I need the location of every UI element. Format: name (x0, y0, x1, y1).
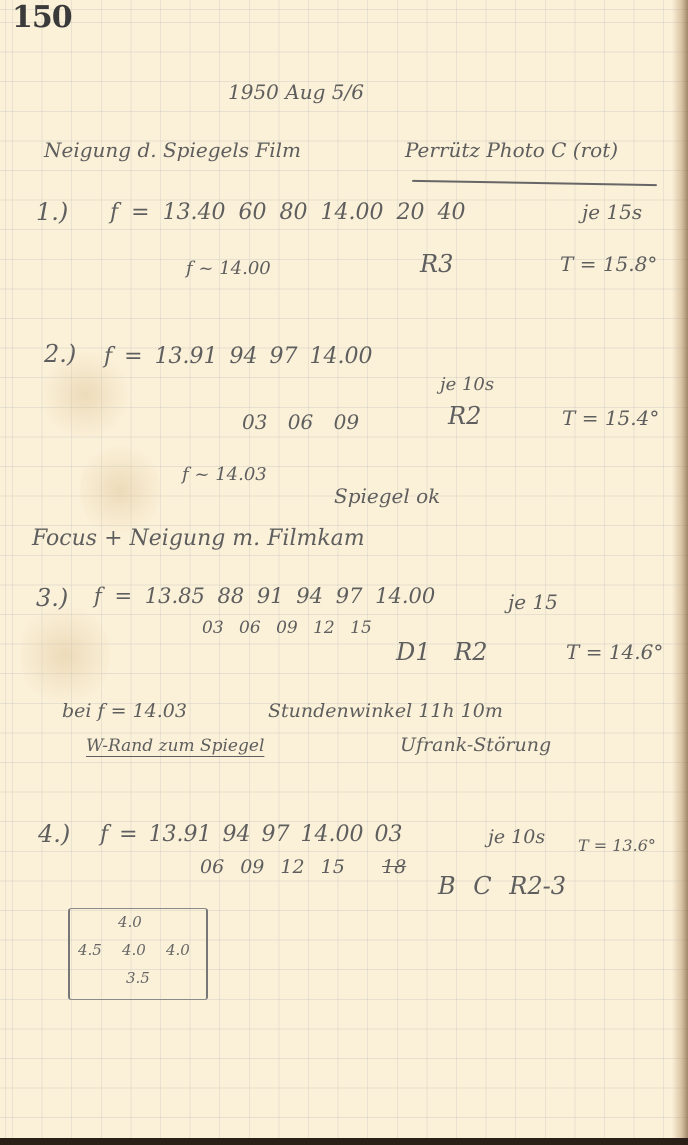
measurement-box: 4.0 4.5 4.0 4.0 3.5 (68, 908, 208, 1000)
entry-4-seeing: B C R2-3 (438, 872, 566, 900)
entry-3-seeing: D1 R2 (396, 638, 487, 666)
entry-1-focus-values: f = 13.40 60 80 14.00 20 40 (110, 200, 465, 225)
entry-2-result: f ~ 14.03 (182, 464, 267, 485)
title-prefix: Neigung d. Spiegels Film (44, 138, 301, 162)
entry-4-temperature: T = 13.6° (578, 836, 656, 855)
entry-4-focus-values-2: 06 09 12 15 (200, 856, 345, 878)
entry-3-focus-values-2: 03 06 09 12 15 (202, 618, 372, 638)
entry-4-label: 4.) (38, 820, 70, 848)
stain (80, 440, 160, 540)
box-top: 4.0 (118, 913, 142, 931)
entry-3-label: 3.) (36, 584, 68, 612)
entry-2-note: Spiegel ok (334, 484, 440, 508)
entry-1-temperature: T = 15.8° (560, 252, 657, 276)
box-right: 4.0 (166, 941, 190, 959)
entry-3-exposure: je 15 (508, 590, 558, 614)
page-bottom-shadow (0, 1138, 688, 1145)
entry-4-struck-value: 18 (382, 856, 406, 878)
page-edge (672, 0, 688, 1138)
date: 1950 Aug 5/6 (228, 80, 364, 104)
stain (20, 600, 110, 710)
film-name: Perrütz Photo C (rot) (405, 138, 618, 162)
entry-2-focus-values-2: 03 06 09 (242, 410, 359, 434)
entry-2-focus-values: f = 13.91 94 97 14.00 (104, 344, 373, 369)
entry-4-exposure: je 10s (488, 826, 545, 848)
entry-3-note-text: Stundenwinkel 11h 10m (268, 700, 503, 722)
entry-4-focus-values: f = 13.91 94 97 14.00 03 (100, 822, 402, 847)
entry-2-temperature: T = 15.4° (562, 406, 659, 430)
entry-1-exposure: je 15s (582, 200, 642, 224)
notebook-page: 150 1950 Aug 5/6 Neigung d. Spiegels Fil… (0, 0, 688, 1138)
entry-2-label: 2.) (44, 340, 76, 368)
entry-2-exposure: je 10s (440, 374, 494, 395)
entry-2-seeing: R2 (448, 402, 481, 430)
page-number: 150 (12, 0, 72, 35)
entry-1-seeing: R3 (420, 250, 453, 278)
section-heading: Focus + Neigung m. Filmkam (32, 526, 365, 551)
entry-3-note-prefix: bei f = 14.03 (62, 700, 187, 722)
box-bottom: 3.5 (126, 969, 150, 987)
entry-1-result: f ~ 14.00 (186, 258, 271, 279)
box-left: 4.5 (78, 941, 102, 959)
box-center: 4.0 (122, 941, 146, 959)
entry-3-note-underlined: W-Rand zum Spiegel (86, 736, 264, 756)
entry-3-temperature: T = 14.6° (566, 640, 663, 664)
entry-3-focus-values: f = 13.85 88 91 94 97 14.00 (94, 584, 435, 608)
title-underline (412, 180, 657, 186)
entry-3-note-disturbance: Ufrank-Störung (400, 734, 551, 756)
entry-1-label: 1.) (36, 198, 68, 226)
